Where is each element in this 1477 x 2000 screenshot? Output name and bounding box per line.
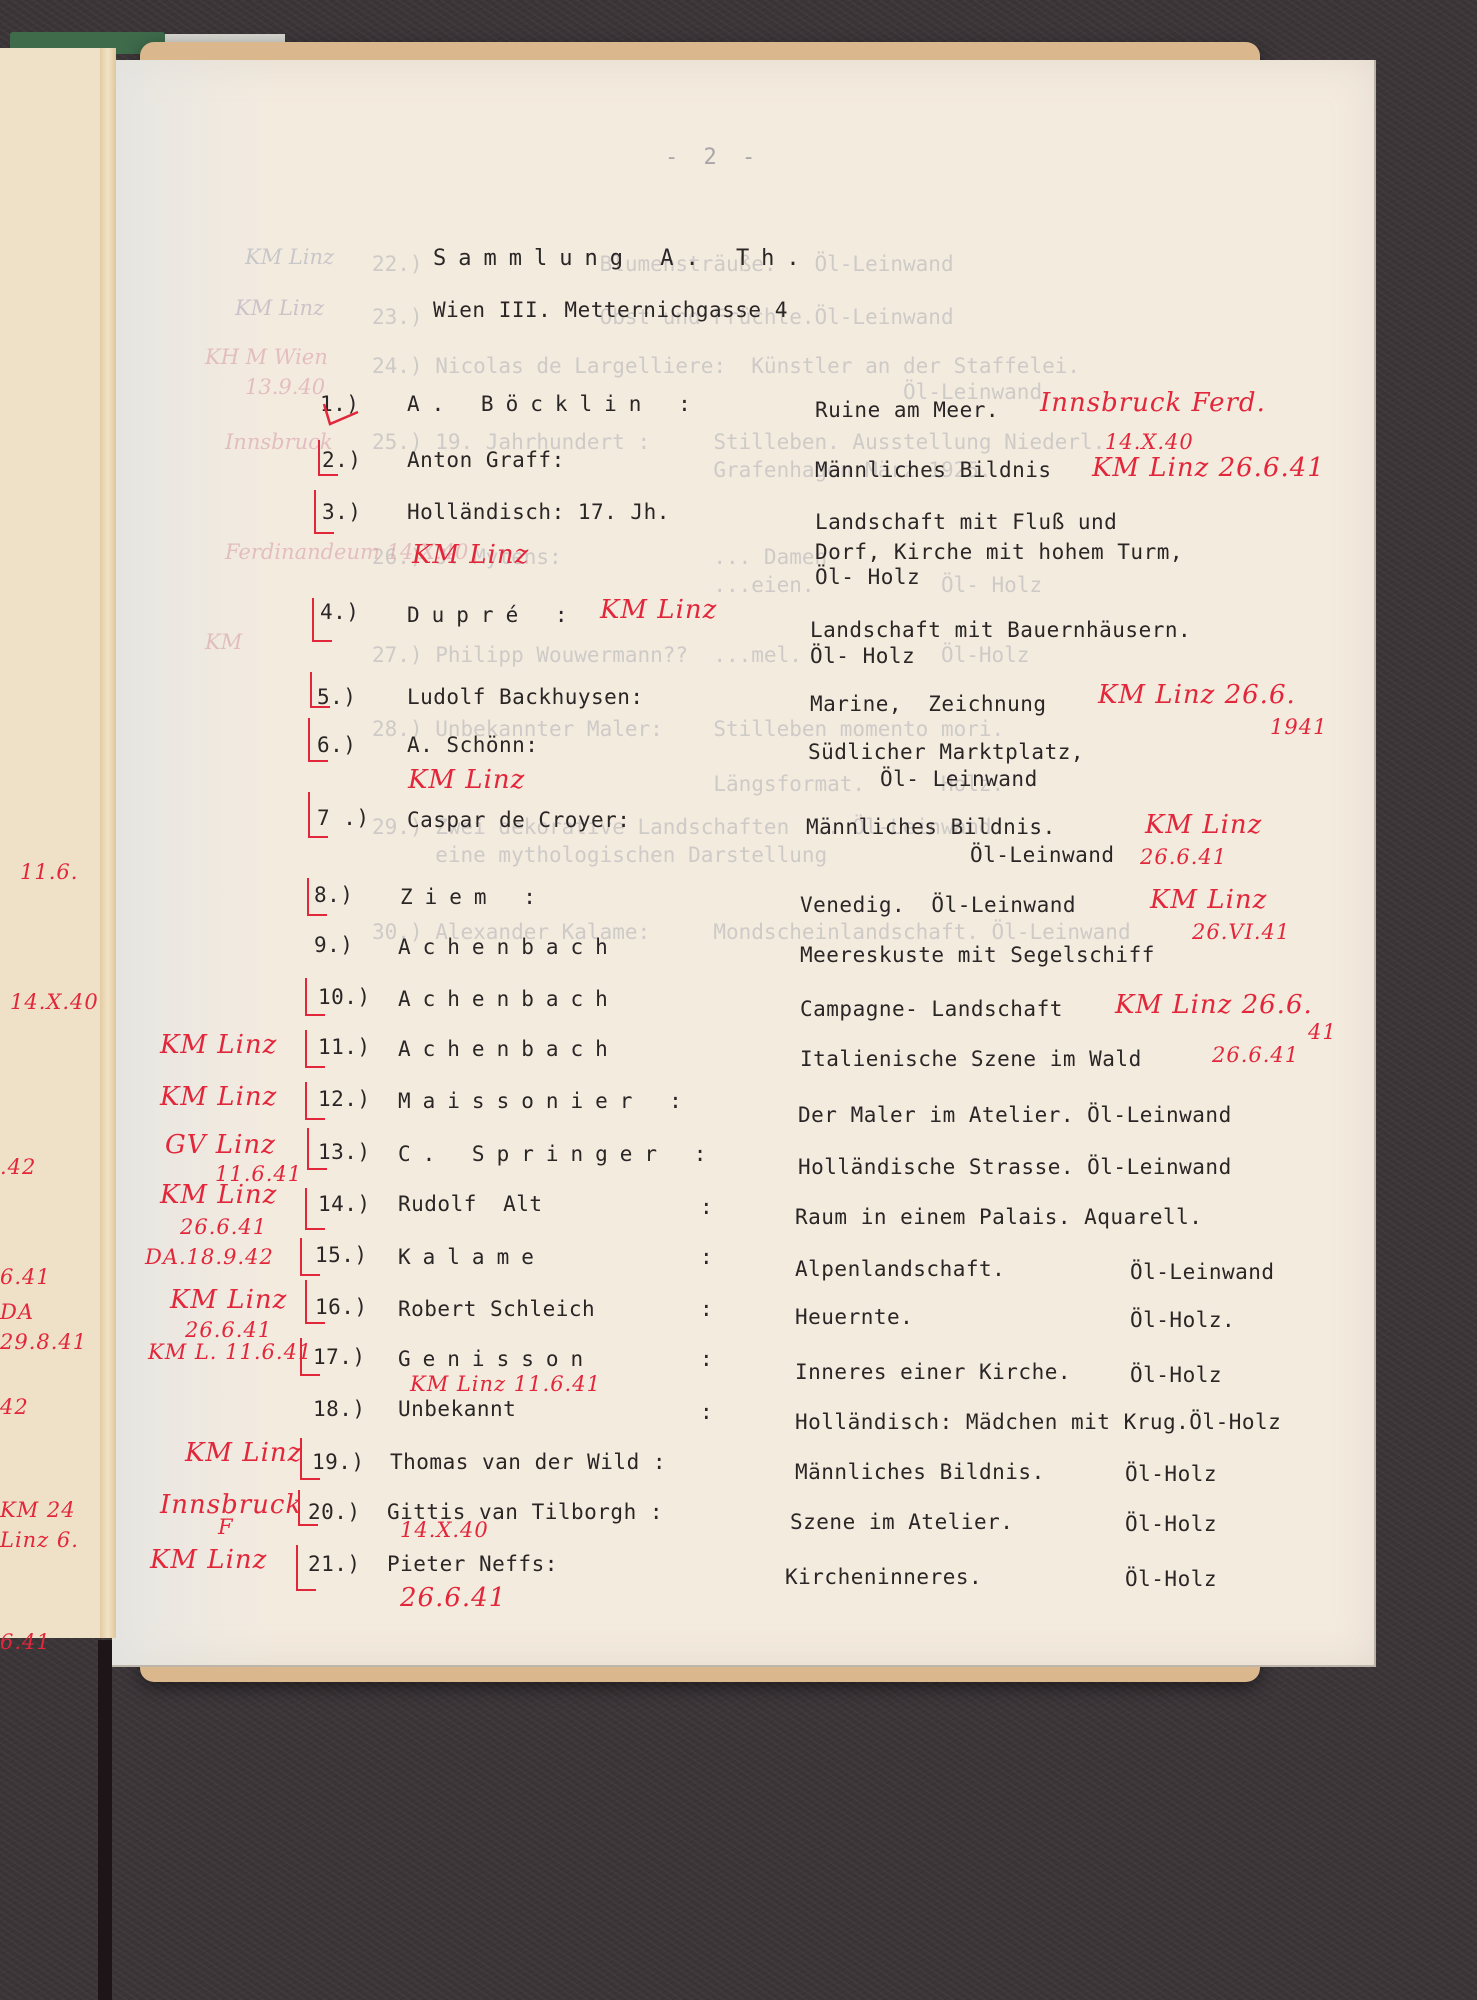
left-margin-note: Linz 6. — [0, 1528, 79, 1552]
left-margin-note: 11.6. — [20, 860, 78, 884]
page-title: Sammlung A. Th. — [433, 246, 812, 271]
left-margin-note: 29.8.41 — [0, 1330, 87, 1354]
left-margin-note: KM 24 — [0, 1498, 76, 1522]
left-margin-note: 42 — [0, 1395, 29, 1419]
check-mark-icon — [322, 398, 362, 428]
left-margin-note: 6.41 — [0, 1630, 51, 1654]
left-margin-note: 14.X.40 — [10, 990, 99, 1014]
page-number: - 2 - — [665, 145, 761, 170]
left-margin-note: DA — [0, 1300, 34, 1324]
left-margin-note: 6.41 — [0, 1265, 51, 1289]
book-gutter — [100, 48, 116, 1638]
collection-address: Wien III. Metternichgasse 4 — [433, 298, 788, 322]
left-margin-note: .42 — [0, 1155, 36, 1179]
spine — [98, 1640, 112, 2000]
